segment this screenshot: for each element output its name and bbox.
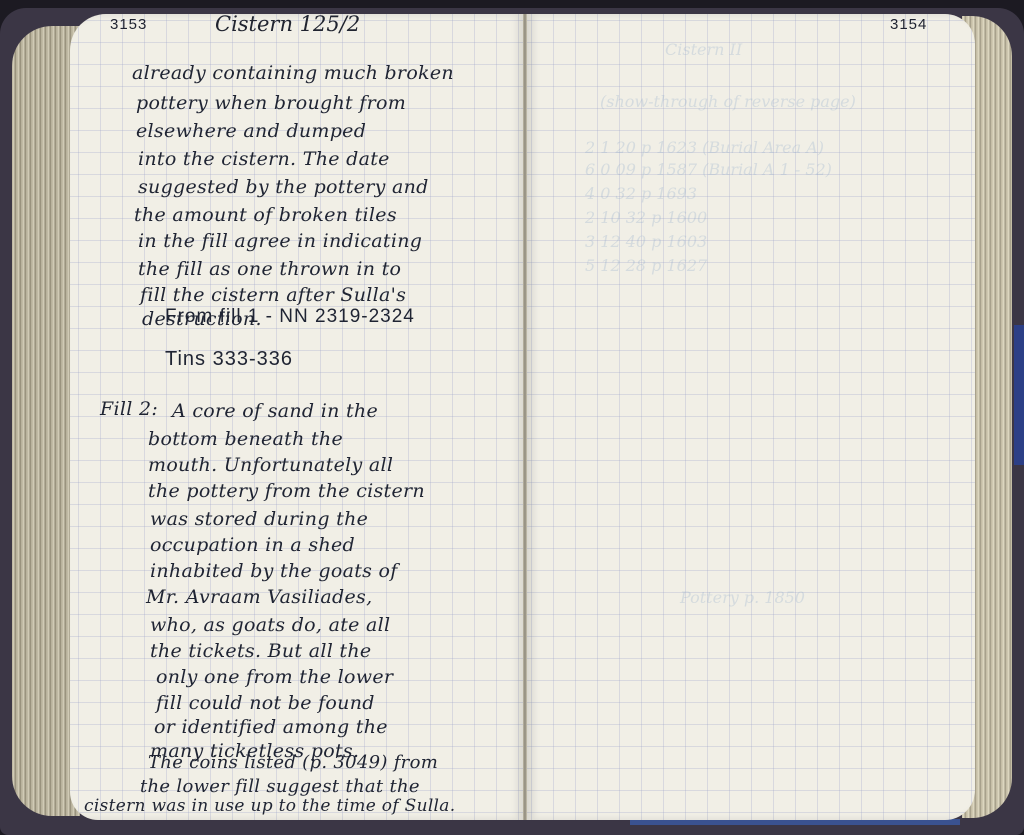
tins-reference: Tins 333-336 [165,348,293,371]
handwritten-line: already containing much broken [132,62,454,84]
handwritten-line: cistern was in use up to the time of Sul… [84,796,455,816]
handwritten-line: in the fill agree in indicating [138,230,422,252]
handwritten-line: The coins listed (p. 3049) from [148,752,438,773]
bleed-line: 4 0 32 p 1693 [585,184,697,203]
handwritten-line: elsewhere and dumped [136,120,366,142]
handwritten-line: the lower fill suggest that the [140,776,420,797]
handwritten-line: suggested by the pottery and [138,176,429,198]
handwritten-line: into the cistern. The date [138,148,390,170]
fill2-label: Fill 2: [100,398,158,420]
handwritten-line: A core of sand in the [172,400,378,422]
handwritten-line: the tickets. But all the [150,640,371,662]
bleed-line: 3 12 40 p 1603 [585,232,707,251]
right-page-number: 3154 [890,16,927,33]
catalog-reference: From fill 1 - NN 2319-2324 [165,306,415,328]
handwritten-line: the amount of broken tiles [134,204,397,226]
bleed-line: 5 12 28 p 1627 [585,256,707,275]
handwritten-line: occupation in a shed [150,534,355,556]
book-gutter [523,14,527,820]
bleed-line: Pottery p. 1850 [680,588,805,607]
handwritten-line: the fill as one thrown in to [138,258,401,280]
left-page-header: Cistern 125/2 [215,12,360,36]
bleed-line: Cistern II [665,40,742,59]
bleed-line: 2 10 32 p 1600 [585,208,707,227]
handwritten-line: only one from the lower [156,666,393,688]
handwritten-line: fill could not be found [156,692,375,714]
handwritten-line: or identified among the [154,716,388,738]
handwritten-line: who, as goats do, ate all [150,614,390,636]
cover-blue-strip [1014,325,1024,465]
bleed-line: 2 1 20 p 1623 (Burial Area A) [585,138,824,157]
handwritten-line: fill the cistern after Sulla's [140,284,406,306]
bleed-line: 6 0 09 p 1587 (Burial A 1 - 52) [585,160,832,179]
right-page [527,14,975,820]
handwritten-line: was stored during the [150,508,368,530]
handwritten-line: the pottery from the cistern [148,480,425,502]
handwritten-line: bottom beneath the [148,428,343,450]
left-page-number: 3153 [110,16,147,33]
bleed-line: (show-through of reverse page) [600,92,856,111]
handwritten-line: pottery when brought from [136,92,406,114]
handwritten-line: Mr. Avraam Vasiliades, [146,586,372,608]
handwritten-line: mouth. Unfortunately all [148,454,393,476]
handwritten-line: inhabited by the goats of [150,560,398,582]
